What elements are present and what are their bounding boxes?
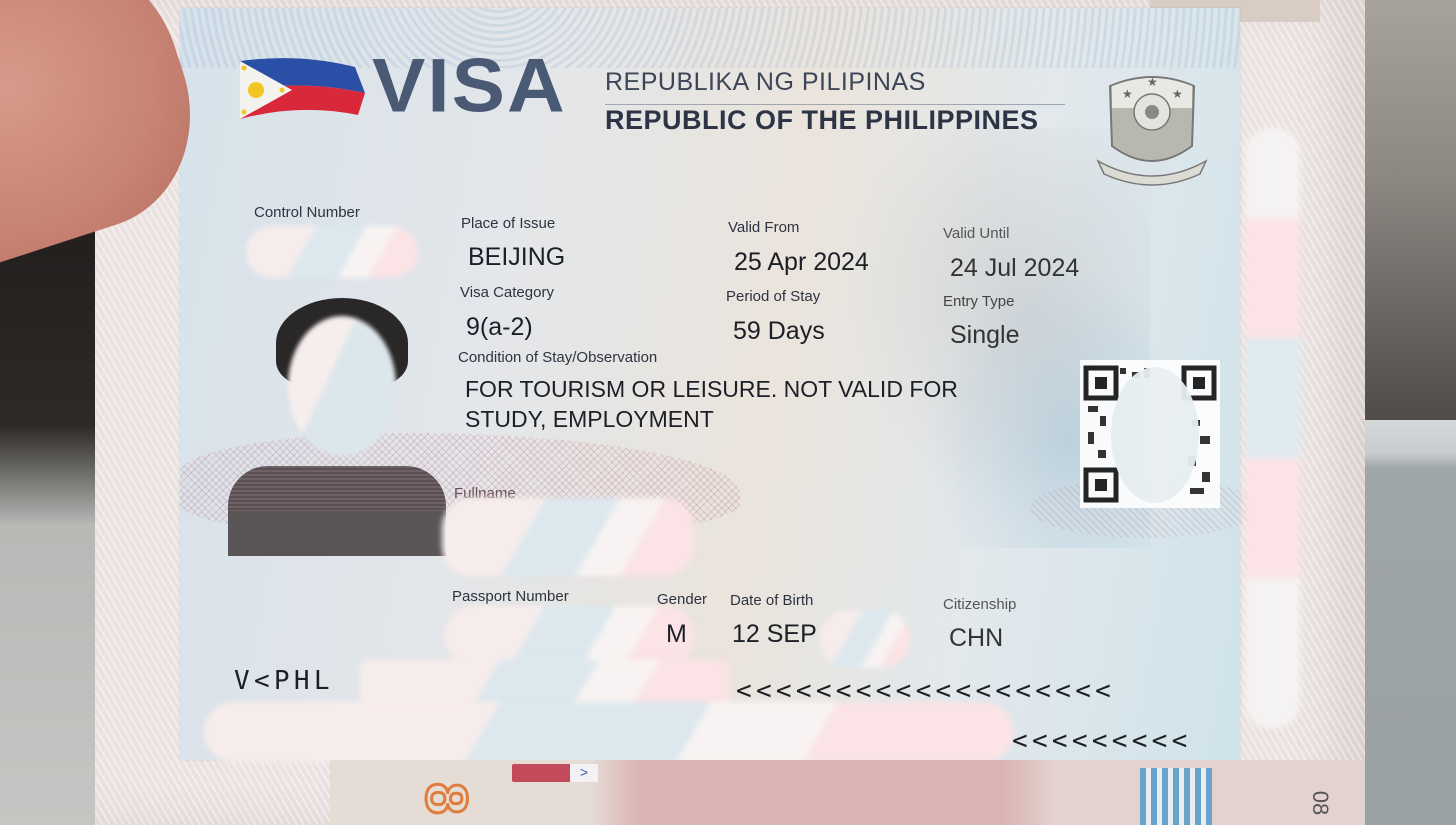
passport-number-label: Passport Number: [452, 588, 569, 605]
valid-from-value: 25 Apr 2024: [734, 248, 869, 277]
entry-type-value: Single: [950, 321, 1020, 350]
face-redacted: [288, 316, 396, 456]
date-of-birth-label: Date of Birth: [730, 592, 813, 609]
mrz-line-2-redacted: [204, 702, 1014, 762]
page-digit-watermark: 8: [413, 782, 480, 814]
background-left: [0, 160, 110, 825]
passport-number-redacted: [445, 606, 695, 666]
right-edge-redacted: [1245, 128, 1300, 728]
period-of-stay-label: Period of Stay: [726, 288, 820, 305]
gender-value: M: [666, 620, 687, 649]
date-of-birth-value: 12 SEP: [732, 620, 817, 649]
condition-label: Condition of Stay/Observation: [458, 349, 657, 366]
valid-until-label: Valid Until: [943, 225, 1009, 242]
date-of-birth-redacted: [820, 610, 910, 668]
gender-label: Gender: [657, 591, 707, 608]
country-name-filipino: REPUBLIKA NG PILIPINAS: [605, 68, 926, 97]
place-of-issue-value: BEIJING: [468, 243, 565, 272]
period-of-stay-value: 59 Days: [733, 317, 825, 346]
page-number: 08: [1307, 791, 1333, 815]
visa-category-label: Visa Category: [460, 284, 554, 301]
holder-photo: [228, 286, 446, 556]
svg-text:★: ★: [1172, 87, 1183, 101]
qr-code-icon: [1080, 360, 1220, 508]
control-number-redacted: [246, 226, 418, 278]
condition-line-2: STUDY, EMPLOYMENT: [465, 406, 714, 433]
visa-sticker: VISA REPUBLIKA NG PILIPINAS REPUBLIC OF …: [180, 8, 1240, 760]
fullname-redacted: [442, 498, 694, 576]
condition-line-1: FOR TOURISM OR LEISURE. NOT VALID FOR: [465, 376, 958, 403]
place-of-issue-label: Place of Issue: [461, 215, 555, 232]
control-number-label: Control Number: [254, 204, 360, 221]
valid-from-label: Valid From: [728, 219, 799, 236]
coat-of-arms-icon: ★ ★ ★: [1092, 66, 1212, 188]
citizenship-value: CHN: [949, 624, 1003, 653]
visa-title: VISA: [372, 48, 567, 124]
country-name-english: REPUBLIC OF THE PHILIPPINES: [605, 105, 1039, 136]
philippine-flag-icon: [230, 53, 365, 121]
mrz-line-1-start: V<PHL: [234, 666, 334, 696]
mrz-line-2-end: <<<<<<<<<: [1012, 726, 1192, 756]
valid-until-value: 24 Jul 2024: [950, 254, 1079, 283]
barcode-pattern: [1140, 768, 1212, 825]
security-tag: >: [512, 764, 598, 782]
svg-text:★: ★: [1147, 75, 1158, 89]
svg-text:★: ★: [1122, 87, 1133, 101]
citizenship-label: Citizenship: [943, 596, 1016, 613]
visa-category-value: 9(a-2): [466, 313, 533, 342]
entry-type-label: Entry Type: [943, 293, 1014, 310]
